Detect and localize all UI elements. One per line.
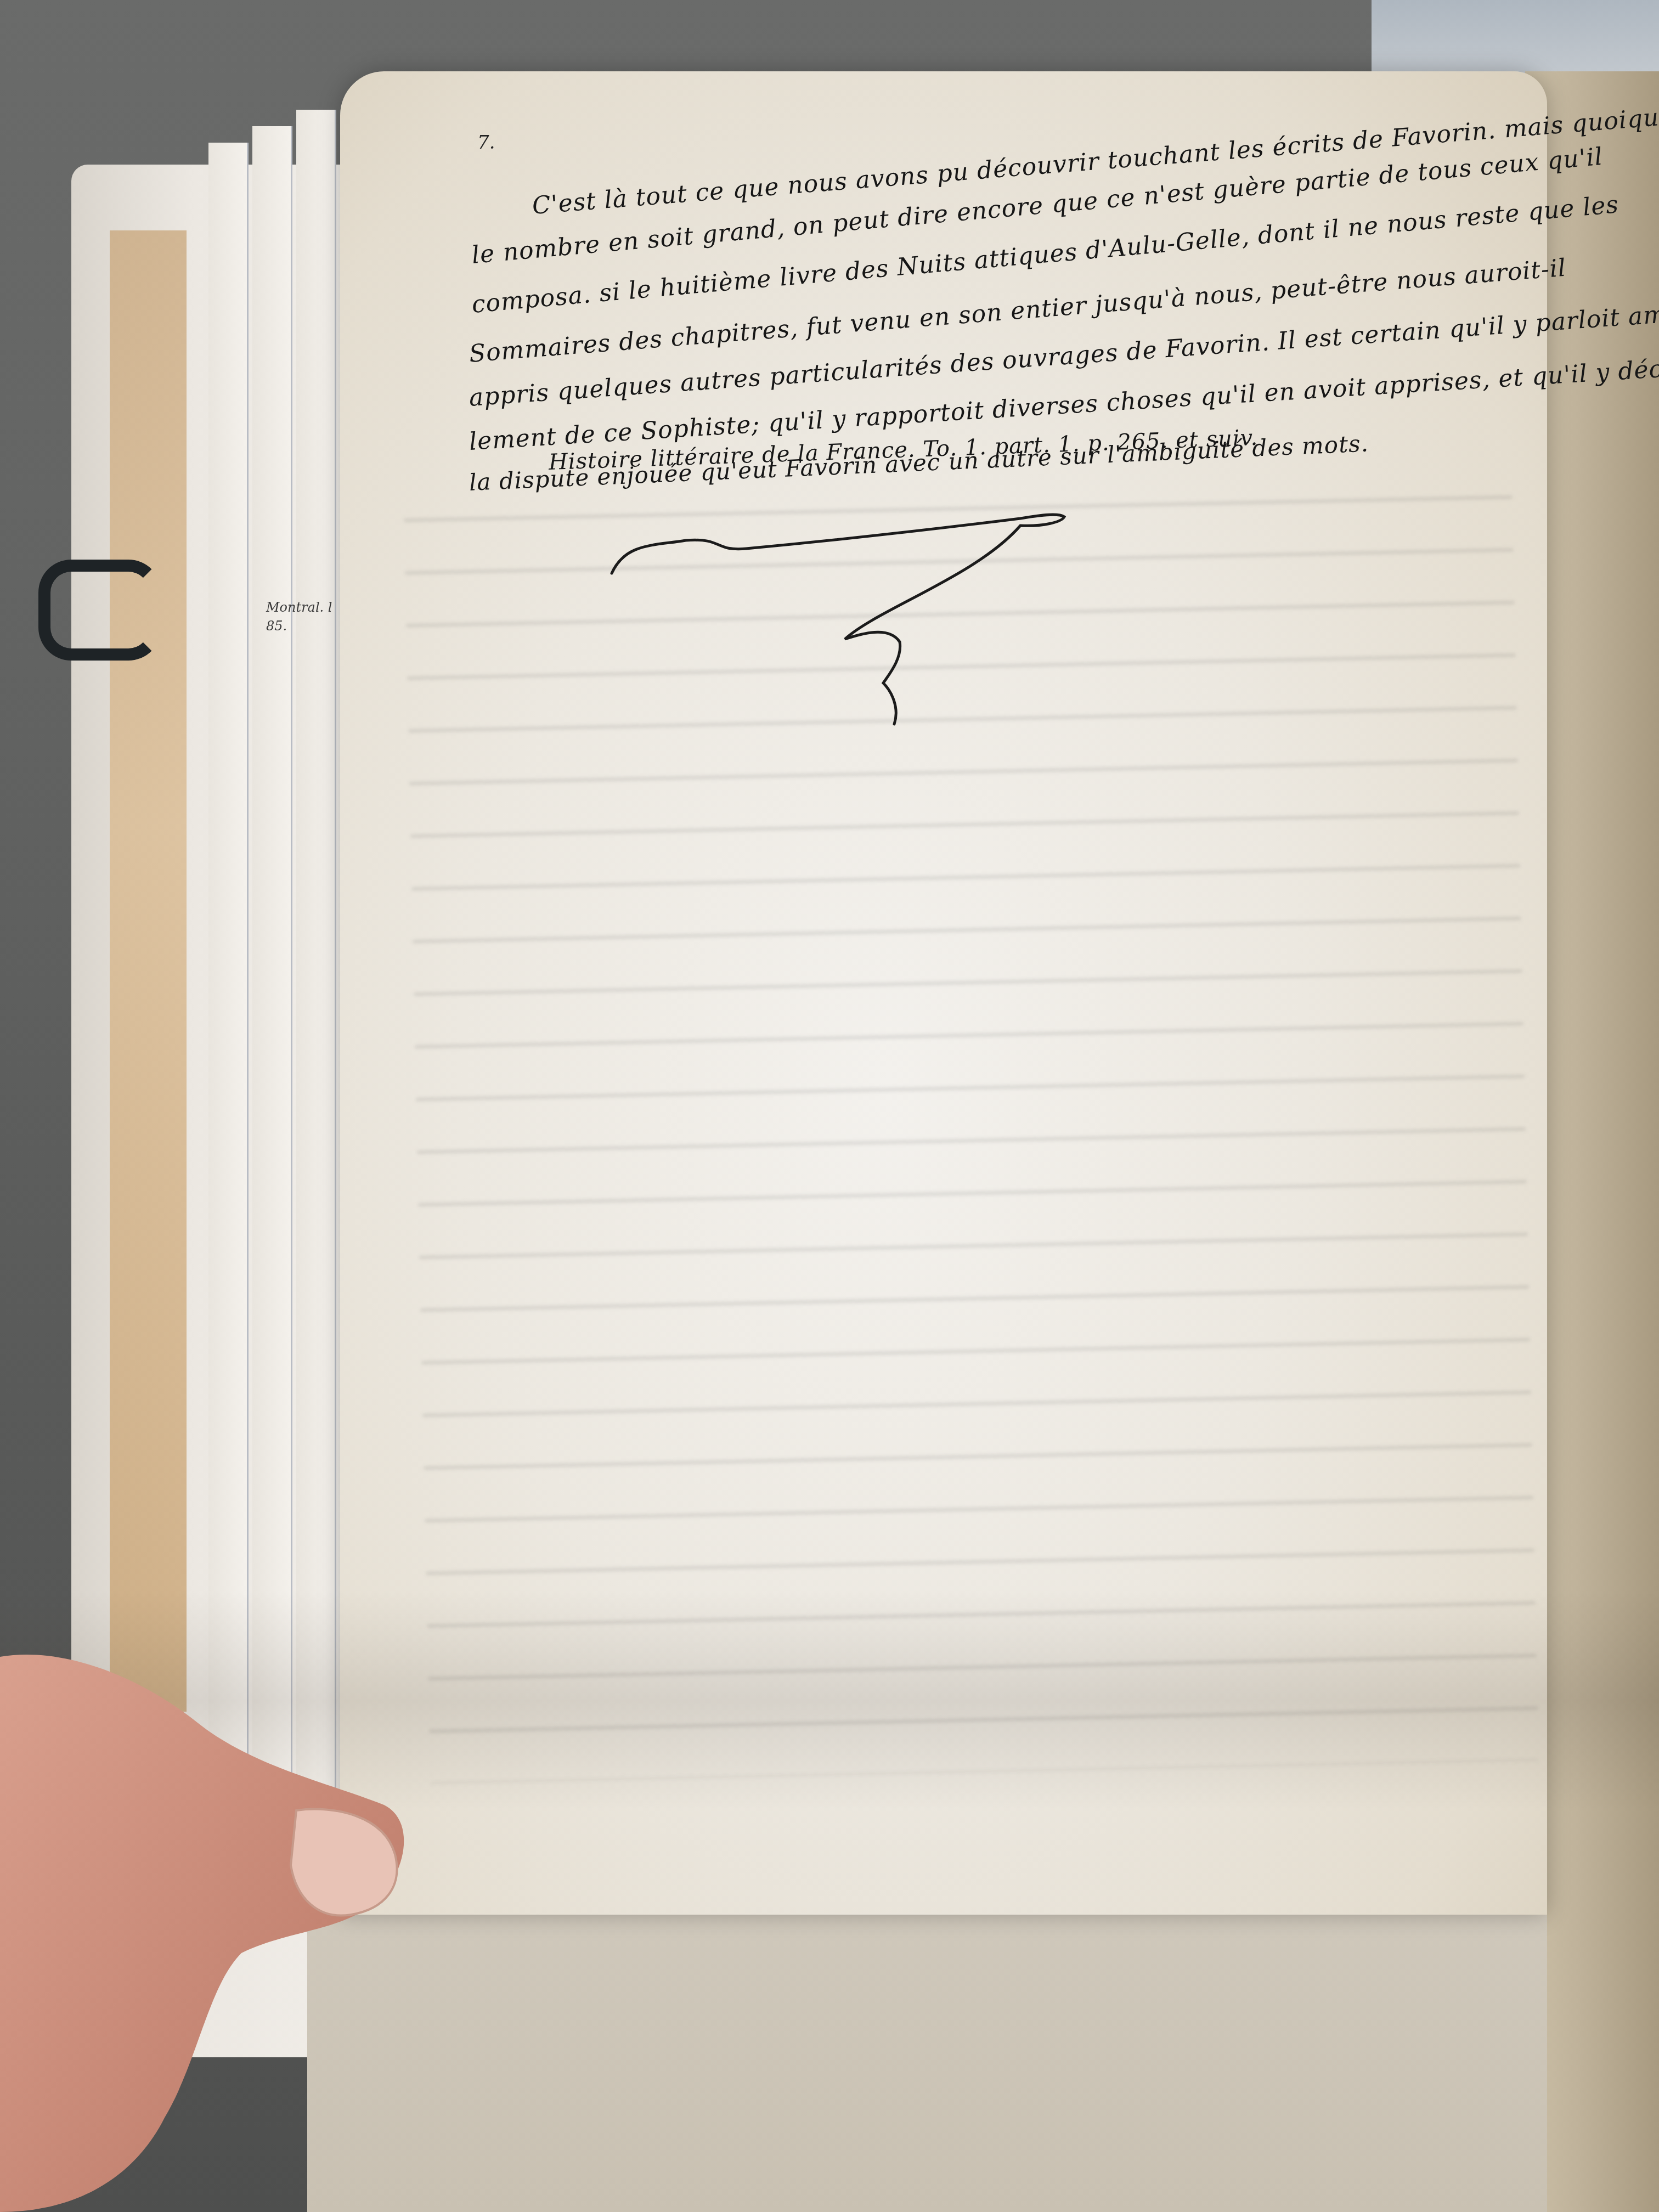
hand-holding-page [0, 1646, 417, 2212]
margin-note-line: Montral. l [266, 598, 332, 617]
lower-leaf [307, 1909, 1547, 2212]
water-stain [110, 230, 187, 1712]
margin-note-line: 85. [266, 617, 332, 635]
page-number: 7. [477, 132, 495, 154]
binding-tie [38, 560, 161, 661]
leaf-edge [208, 143, 249, 1843]
leaf-edge [252, 126, 292, 1827]
pen-scribble-icon [603, 494, 1262, 741]
margin-note: Montral. l 85. [266, 598, 332, 635]
